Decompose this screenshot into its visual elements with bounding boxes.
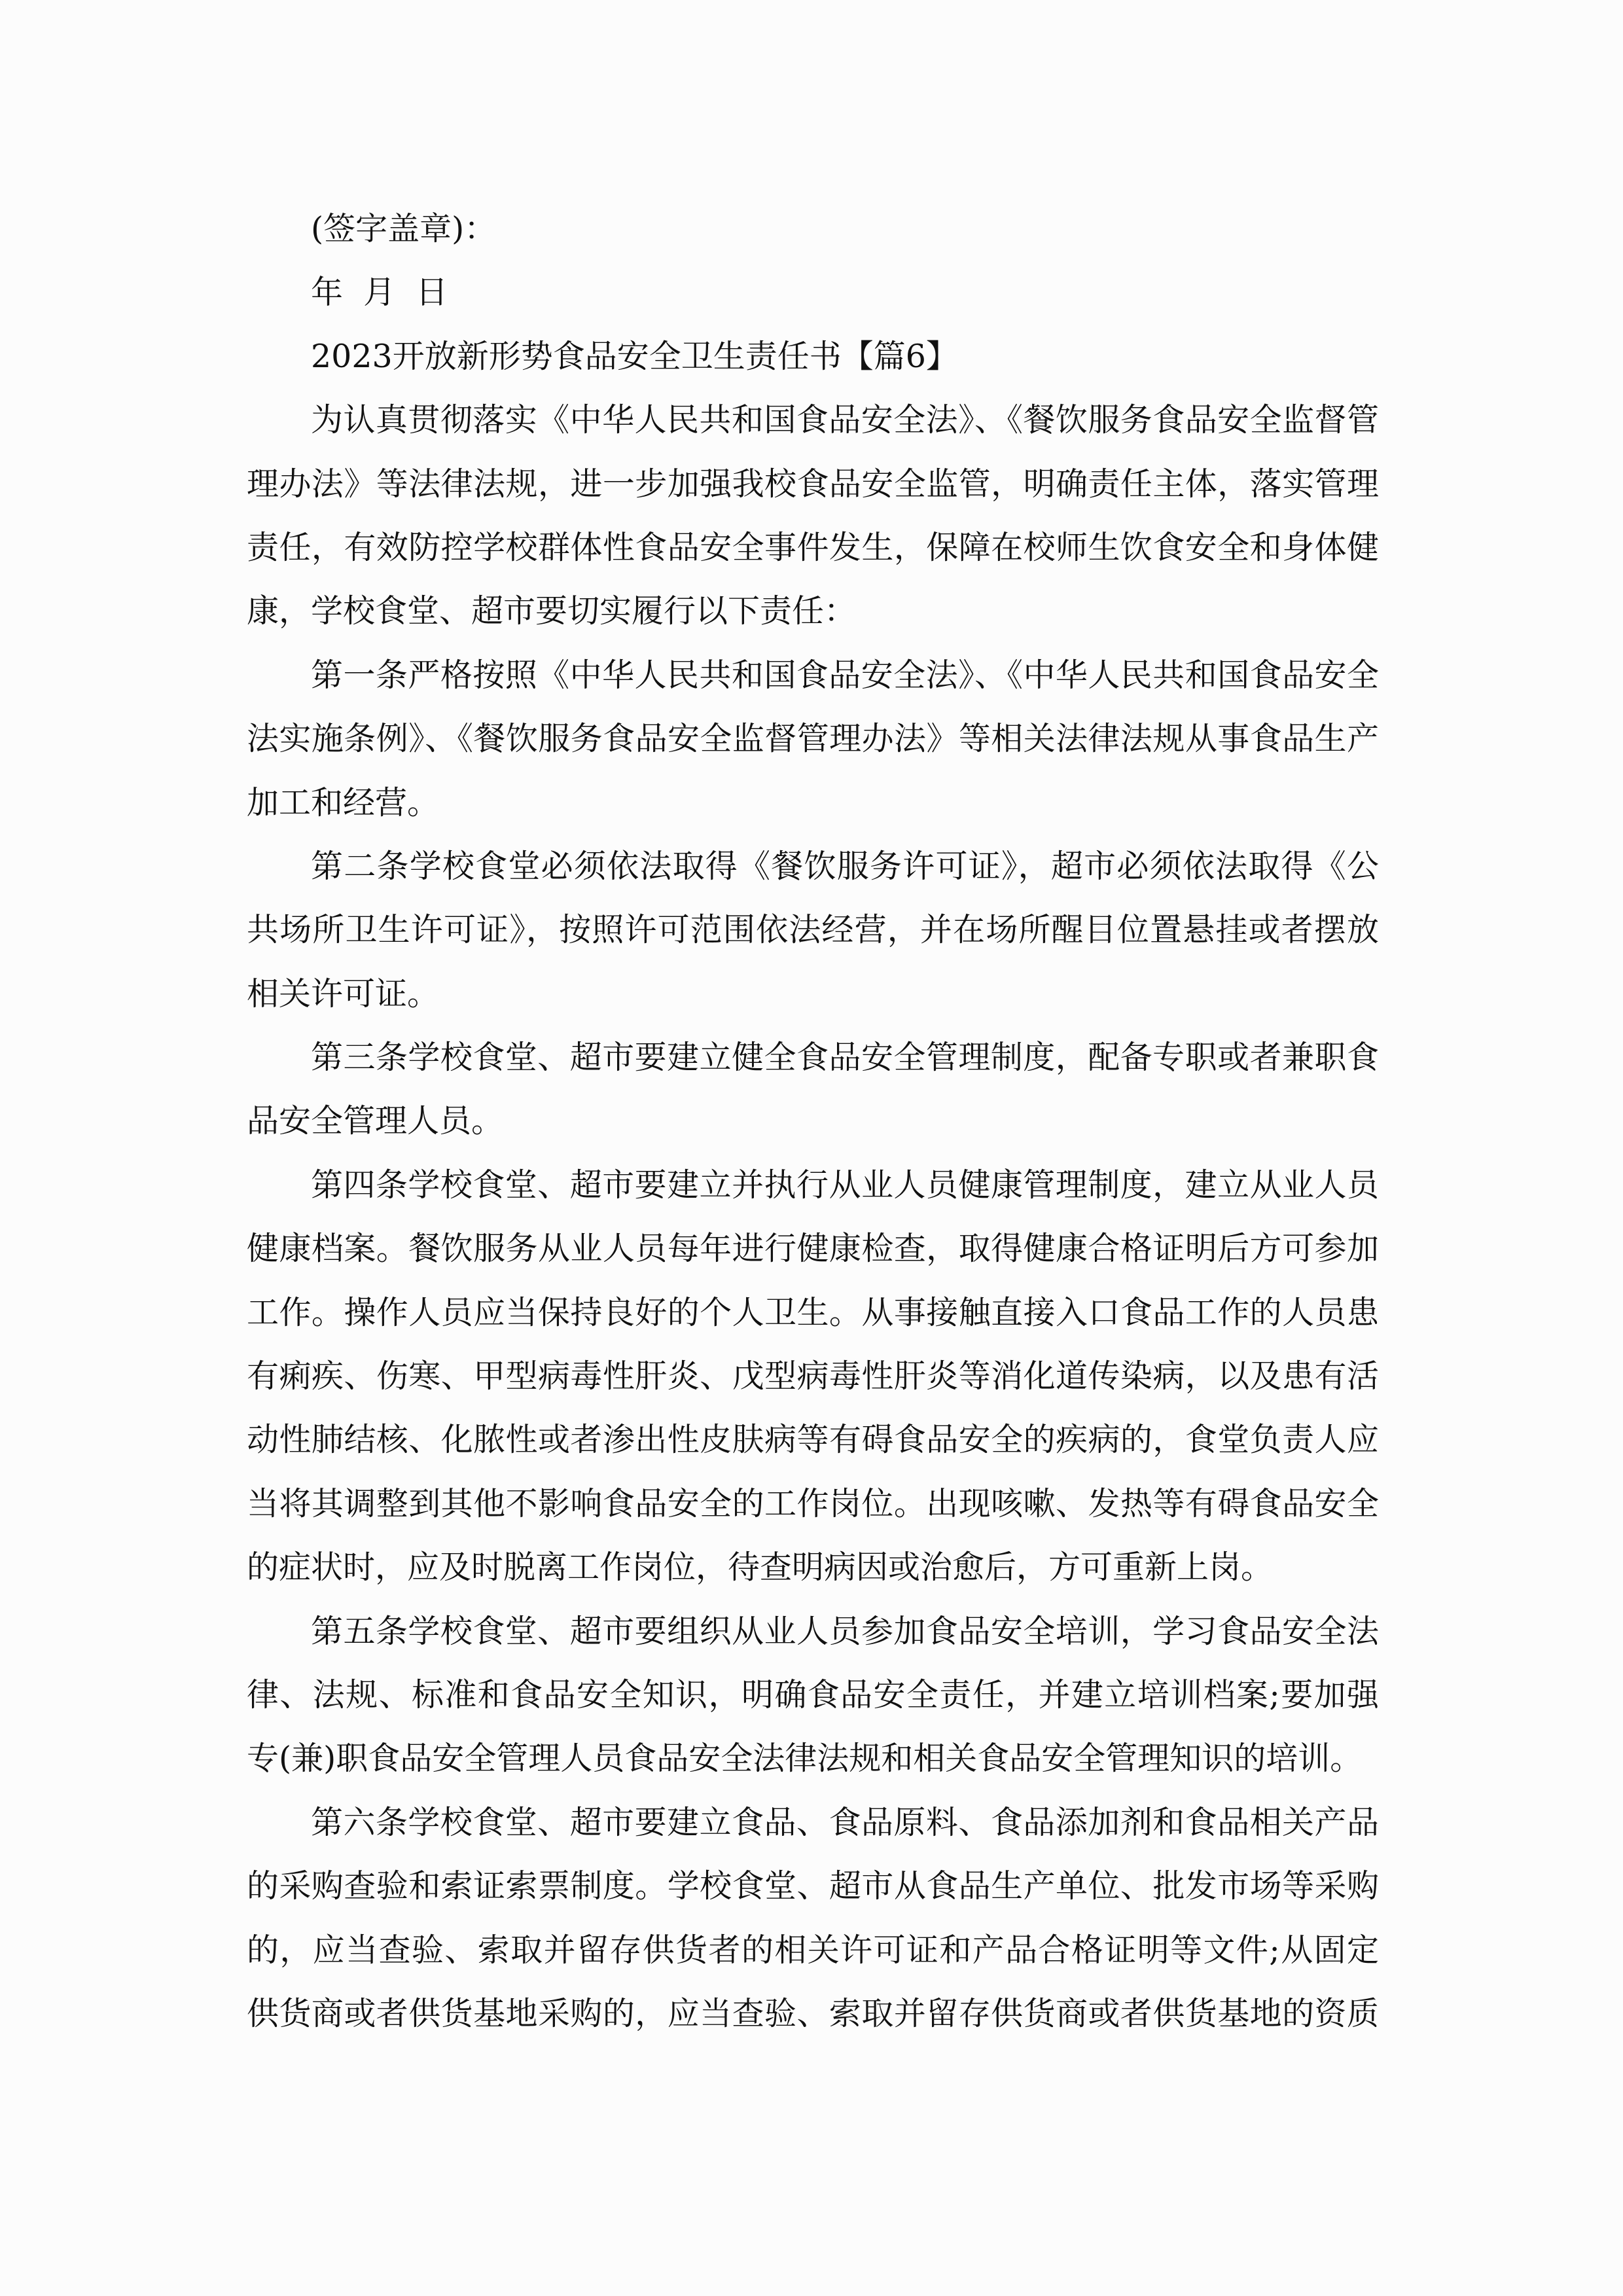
paragraph-line: 第六条学校食堂、超市要建立食品、食品原料、食品添加剂和食品相关产品 (247, 1791, 1379, 1854)
paragraph-line: 工作。操作人员应当保持良好的个人卫生。从事接触直接入口食品工作的人员患 (247, 1281, 1379, 1344)
document-body: (签字盖章)： 年 月 日 2023开放新形势食品安全卫生责任书【篇6】 为认真… (247, 197, 1379, 2045)
paragraph-line: 第四条学校食堂、超市要建立并执行从业人员健康管理制度，建立从业人员 (247, 1153, 1379, 1217)
paragraph-line: 理办法》等法律法规，进一步加强我校食品安全监管，明确责任主体，落实管理 (247, 452, 1379, 516)
paragraph-intro: 为认真贯彻落实《中华人民共和国食品安全法》、《餐饮服务食品安全监督管 理办法》等… (247, 388, 1379, 643)
paragraph-line: 相关许可证。 (247, 962, 1379, 1026)
paragraph-line: 动性肺结核、化脓性或者渗出性皮肤病等有碍食品安全的疾病的，食堂负责人应 (247, 1408, 1379, 1471)
section-title: 2023开放新形势食品安全卫生责任书【篇6】 (247, 325, 1379, 388)
paragraph-line: 当将其调整到其他不影响食品安全的工作岗位。出现咳嗽、发热等有碍食品安全 (247, 1472, 1379, 1535)
paragraph-line: 供货商或者供货基地采购的，应当查验、索取并留存供货商或者供货基地的资质 (247, 1982, 1379, 2045)
paragraph-line: 的采购查验和索证索票制度。学校食堂、超市从食品生产单位、批发市场等采购 (247, 1854, 1379, 1918)
paragraph-article-3: 第三条学校食堂、超市要建立健全食品安全管理制度，配备专职或者兼职食 品安全管理人… (247, 1026, 1379, 1153)
paragraph-line: 加工和经营。 (247, 771, 1379, 834)
paragraph-article-4: 第四条学校食堂、超市要建立并执行从业人员健康管理制度，建立从业人员 健康档案。餐… (247, 1153, 1379, 1600)
document-page: (签字盖章)： 年 月 日 2023开放新形势食品安全卫生责任书【篇6】 为认真… (0, 0, 1623, 2296)
paragraph-line: 健康档案。餐饮服务从业人员每年进行健康检查，取得健康合格证明后方可参加 (247, 1217, 1379, 1280)
paragraph-line: 第三条学校食堂、超市要建立健全食品安全管理制度，配备专职或者兼职食 (247, 1026, 1379, 1089)
paragraph-line: 第二条学校食堂必须依法取得《餐饮服务许可证》，超市必须依法取得《公 (247, 834, 1379, 898)
signature-label: (签字盖章)： (247, 197, 1379, 260)
paragraph-line: 的症状时，应及时脱离工作岗位，待查明病因或治愈后，方可重新上岗。 (247, 1535, 1379, 1599)
paragraph-line: 法实施条例》、《餐饮服务食品安全监督管理办法》等相关法律法规从事食品生产 (247, 707, 1379, 770)
date-line: 年 月 日 (247, 260, 1379, 324)
paragraph-line: 品安全管理人员。 (247, 1089, 1379, 1153)
paragraph-article-2: 第二条学校食堂必须依法取得《餐饮服务许可证》，超市必须依法取得《公 共场所卫生许… (247, 834, 1379, 1026)
paragraph-line: 的，应当查验、索取并留存供货者的相关许可证和产品合格证明等文件;从固定 (247, 1918, 1379, 1982)
paragraph-line: 第一条严格按照《中华人民共和国食品安全法》、《中华人民共和国食品安全 (247, 643, 1379, 707)
paragraph-line: 第五条学校食堂、超市要组织从业人员参加食品安全培训，学习食品安全法 (247, 1600, 1379, 1663)
paragraph-line: 律、法规、标准和食品安全知识，明确食品安全责任，并建立培训档案;要加强 (247, 1663, 1379, 1727)
paragraph-article-6: 第六条学校食堂、超市要建立食品、食品原料、食品添加剂和食品相关产品 的采购查验和… (247, 1791, 1379, 2046)
paragraph-article-1: 第一条严格按照《中华人民共和国食品安全法》、《中华人民共和国食品安全 法实施条例… (247, 643, 1379, 834)
paragraph-line: 共场所卫生许可证》，按照许可范围依法经营，并在场所醒目位置悬挂或者摆放 (247, 898, 1379, 961)
paragraph-line: 有痢疾、伤寒、甲型病毒性肝炎、戊型病毒性肝炎等消化道传染病，以及患有活 (247, 1344, 1379, 1408)
paragraph-line: 为认真贯彻落实《中华人民共和国食品安全法》、《餐饮服务食品安全监督管 (247, 388, 1379, 452)
paragraph-line: 康，学校食堂、超市要切实履行以下责任： (247, 579, 1379, 643)
paragraph-line: 专(兼)职食品安全管理人员食品安全法律法规和相关食品安全管理知识的培训。 (247, 1727, 1379, 1790)
paragraph-article-5: 第五条学校食堂、超市要组织从业人员参加食品安全培训，学习食品安全法 律、法规、标… (247, 1600, 1379, 1791)
paragraph-line: 责任，有效防控学校群体性食品安全事件发生，保障在校师生饮食安全和身体健 (247, 516, 1379, 579)
